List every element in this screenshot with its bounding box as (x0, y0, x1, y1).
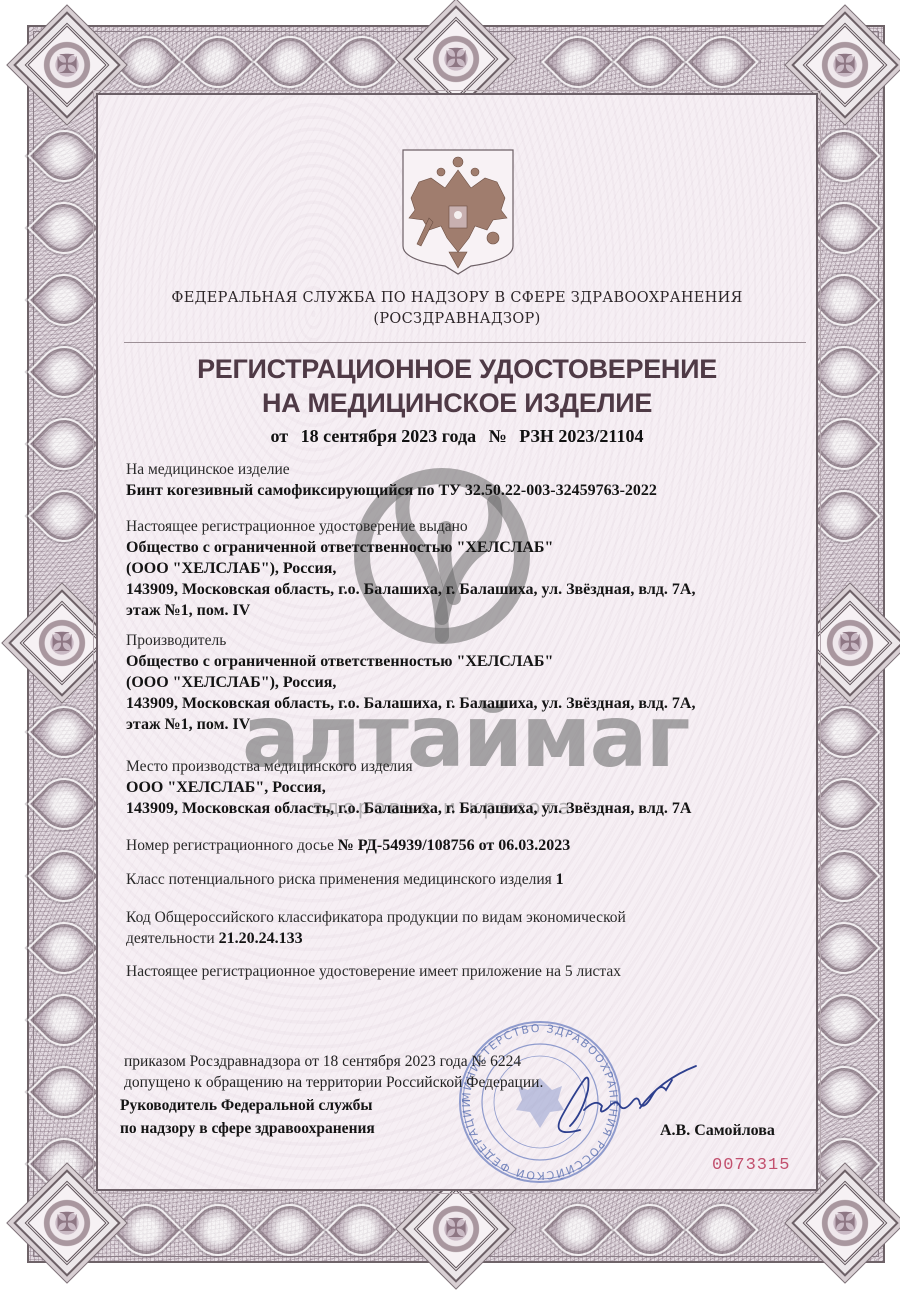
signatory-title-line: Руководитель Федеральной службы (120, 1094, 375, 1117)
divider (124, 342, 806, 343)
registration-prefix: от (271, 426, 289, 446)
field-appendix: Настоящее регистрационное удостоверение … (126, 961, 806, 982)
field-value: 143909, Московская область, г.о. Балаших… (126, 798, 806, 819)
field-label: Класс потенциального риска применения ме… (126, 871, 552, 888)
field-label: Производитель (126, 630, 806, 651)
registration-line: от 18 сентября 2023 года № РЗН 2023/2110… (100, 426, 814, 447)
field-value: (ООО "ХЕЛСЛАБ"), Россия, (126, 672, 806, 693)
field-value: (ООО "ХЕЛСЛАБ"), Россия, (126, 558, 806, 579)
field-value: этаж №1, пом. IV (126, 714, 806, 735)
certificate-subtitle: НА МЕДИЦИНСКОЕ ИЗДЕЛИЕ (100, 388, 814, 419)
field-label: Настоящее регистрационное удостоверение … (126, 516, 806, 537)
agency-name: ФЕДЕРАЛЬНАЯ СЛУЖБА ПО НАДЗОРУ В СФЕРЕ ЗД… (100, 290, 814, 306)
field-label: Место производства медицинского изделия (126, 756, 806, 777)
field-value: 1 (556, 871, 564, 888)
corner-ornament-icon: ✠ (24, 1180, 110, 1266)
agency-abbreviation: (РОСЗДРАВНАДЗОР) (100, 311, 814, 327)
field-label: деятельности (126, 930, 215, 947)
signatory-title-line: по надзору в сфере здравоохранения (120, 1117, 375, 1140)
field-value: 143909, Московская область, г.о. Балаших… (126, 693, 806, 714)
certificate-title: РЕГИСТРАЦИОННОЕ УДОСТОВЕРЕНИЕ (100, 354, 814, 385)
registration-date: 18 сентября 2023 года (301, 426, 476, 446)
field-dossier: Номер регистрационного досье № РД-54939/… (126, 835, 806, 856)
field-manufacturer: Производитель Общество с ограниченной от… (126, 630, 806, 735)
field-value: этаж №1, пом. IV (126, 600, 806, 621)
field-issued-to: Настоящее регистрационное удостоверение … (126, 516, 806, 621)
field-okpd: Код Общероссийского классификатора проду… (126, 907, 806, 949)
admission-line: допущено к обращению на территории Росси… (124, 1072, 543, 1093)
field-label: На медицинское изделие (126, 459, 806, 480)
field-value: Общество с ограниченной ответственностью… (126, 651, 806, 672)
field-device: На медицинское изделие Бинт когезивный с… (126, 459, 806, 501)
field-value: 143909, Московская область, г.о. Балаших… (126, 579, 806, 600)
field-value: ООО "ХЕЛСЛАБ", Россия, (126, 777, 806, 798)
order-line: приказом Росздравнадзора от 18 сентября … (124, 1051, 521, 1072)
left-ornament-icon: ✠ (19, 600, 105, 686)
field-value: № РД-54939/108756 от 06.03.2023 (338, 837, 571, 854)
field-value: Общество с ограниченной ответственностью… (126, 537, 806, 558)
number-sign: № (489, 426, 507, 446)
right-ornament-icon: ✠ (807, 600, 893, 686)
field-label: Код Общероссийского классификатора проду… (126, 907, 806, 928)
field-label: Номер регистрационного досье (126, 837, 334, 854)
field-risk-class: Класс потенциального риска применения ме… (126, 869, 806, 890)
top-ornament-icon: ✠ (413, 16, 499, 102)
bottom-ornament-icon: ✠ (413, 1186, 499, 1272)
serial-number: 0073315 (712, 1156, 790, 1175)
registration-number: РЗН 2023/21104 (519, 426, 643, 446)
field-value: Бинт когезивный самофиксирующийся по ТУ … (126, 480, 806, 501)
corner-ornament-icon: ✠ (802, 1180, 888, 1266)
signatory-title: Руководитель Федеральной службы по надзо… (120, 1094, 375, 1140)
russian-coat-of-arms-icon (401, 148, 515, 276)
signatory-name: А.В. Самойлова (660, 1122, 775, 1140)
field-production-site: Место производства медицинского изделия … (126, 756, 806, 819)
appendix-note: Настоящее регистрационное удостоверение … (126, 963, 621, 980)
field-value: 21.20.24.133 (219, 930, 303, 947)
